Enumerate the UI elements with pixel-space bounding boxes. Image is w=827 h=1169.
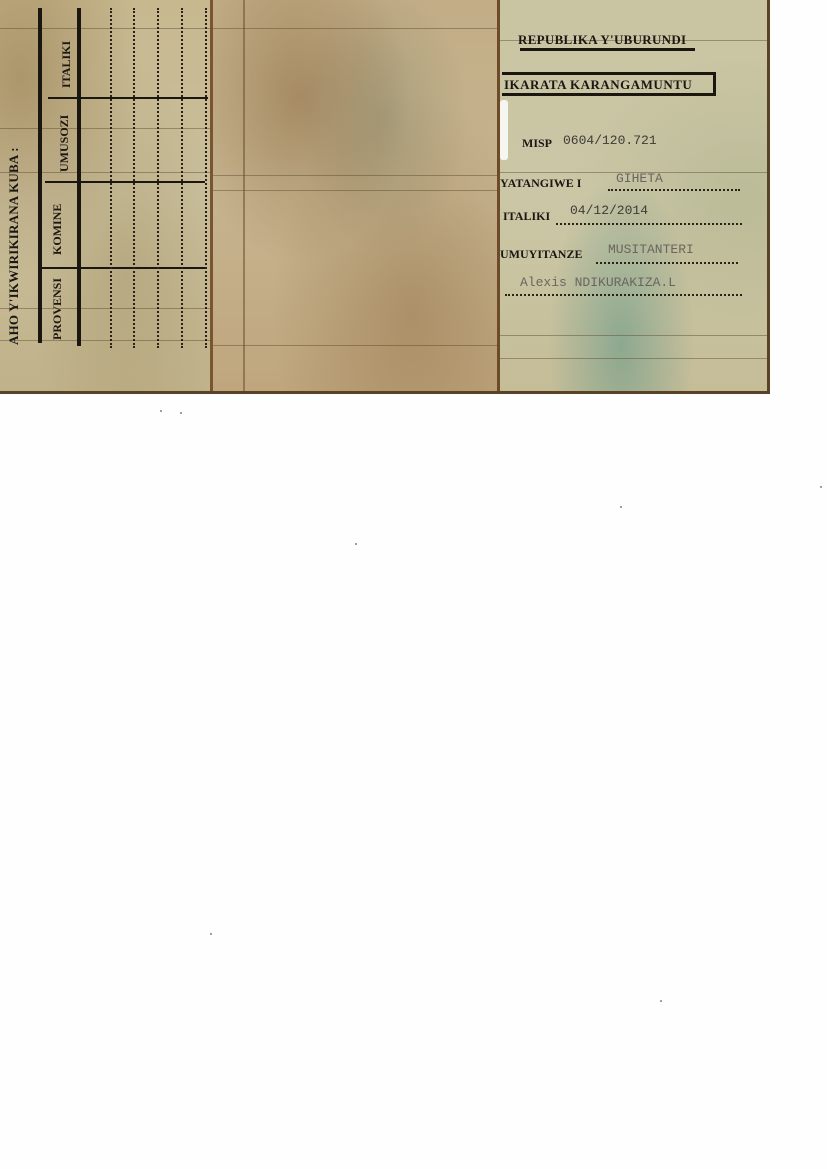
official-name-value: Alexis NDIKURAKIZA.L [520,275,676,290]
issued-by-dots [596,262,738,264]
ruled-line [0,128,210,129]
issued-at-label: YATANGIWE I [500,176,581,191]
dotted-entry-column [157,8,159,348]
table-border-right [77,8,81,346]
scan-page: AHO Y'IKWIRIKIRANA KUBA : PROVENSI KOMIN… [0,0,827,1169]
ruled-line [500,335,770,336]
column-label-provensi: PROVENSI [50,278,65,340]
ruled-line [0,28,210,29]
issued-by-label: UMUYITANZE [500,247,582,262]
scan-speck [820,486,822,488]
scan-speck [210,933,212,935]
dotted-entry-column [205,8,207,348]
date-dots [556,223,742,225]
dotted-entry-column [181,8,183,348]
ruled-line [0,172,210,173]
row-divider [48,97,208,99]
country-title: REPUBLIKA Y'UBURUNDI [518,32,686,48]
ruled-line [213,345,497,346]
dotted-entry-column [110,8,112,348]
column-label-umusozi: UMUSOZI [57,115,72,172]
issued-at-dots [608,189,740,191]
ruled-line [213,28,497,29]
scan-speck [160,410,162,412]
scan-speck [620,506,622,508]
identity-card: AHO Y'IKWIRIKIRANA KUBA : PROVENSI KOMIN… [0,0,770,394]
card-type-label: IKARATA KARANGAMUNTU [504,77,692,93]
scan-speck [355,543,357,545]
date-label: ITALIKI [503,209,550,224]
fold-line [243,0,245,391]
blank-middle-panel [210,0,500,391]
identity-details-panel [500,0,770,391]
ruled-line [213,175,497,176]
torn-edge [500,100,508,160]
ruled-line [500,358,770,359]
table-border-left [38,8,42,343]
column-label-italiki: ITALIKI [59,41,74,88]
residence-history-panel: AHO Y'IKWIRIKIRANA KUBA : PROVENSI KOMIN… [0,0,210,391]
official-name-dots [505,294,742,296]
ruled-line [213,190,497,191]
residence-history-title: AHO Y'IKWIRIKIRANA KUBA : [6,147,22,345]
issued-at-value: GIHETA [616,171,663,186]
issued-by-value: MUSITANTERI [608,242,694,257]
column-label-komine: KOMINE [50,204,65,255]
scan-speck [180,412,182,414]
scan-speck [660,1000,662,1002]
misp-label: MISP [522,136,552,151]
dotted-entry-column [133,8,135,348]
ruled-line [0,308,210,309]
misp-value: 0604/120.721 [563,133,657,148]
ruled-line [0,340,210,341]
date-value: 04/12/2014 [570,203,648,218]
title-underline [520,48,695,51]
